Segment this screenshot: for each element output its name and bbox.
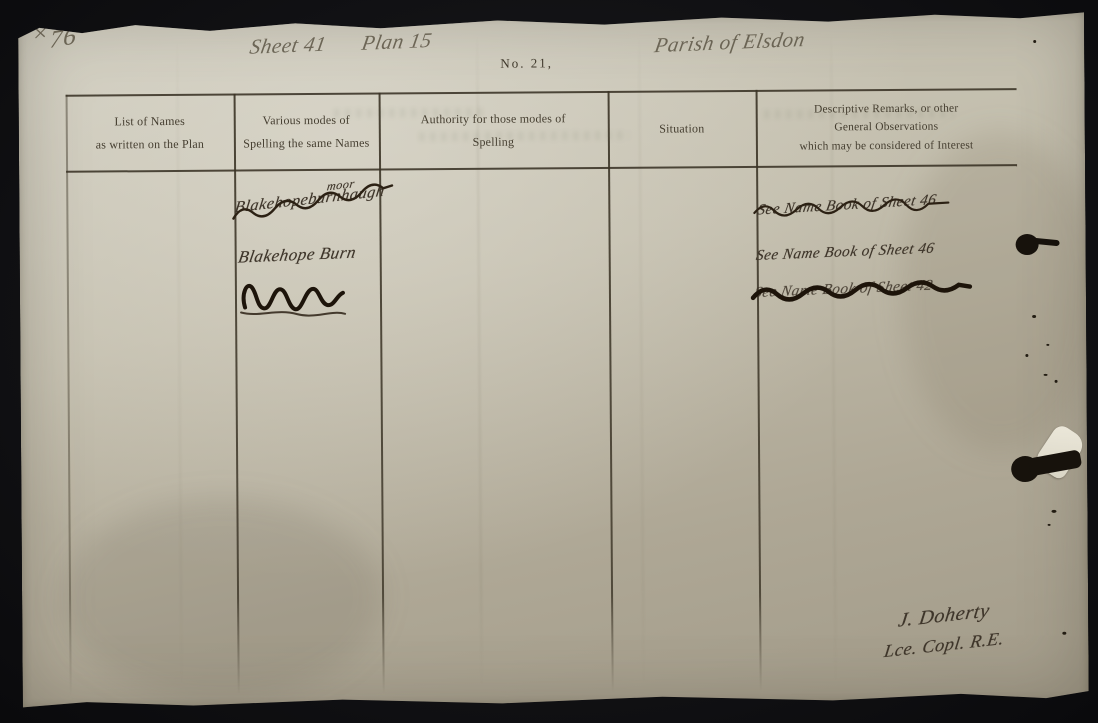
entry-spelling: Blakehope Burn [237, 243, 358, 268]
document-paper: × 76 Sheet 41 Plan 15 No. 21, Parish of … [18, 12, 1089, 708]
scanned-name-book-page: { "page": { "folio_mark": "×", "folio_nu… [0, 0, 1098, 723]
surveyor-rank: Lce. Copl. R.E. [883, 628, 1006, 662]
column-header-line: which may be considered of Interest [799, 136, 973, 156]
column-header-line: Various modes of [263, 108, 350, 132]
column-divider [756, 90, 762, 691]
column-header-line: Descriptive Remarks, or other [814, 99, 959, 119]
column-header-situation: Situation [608, 91, 757, 167]
illegible-struck-entry [237, 277, 349, 322]
parish-script: Parish of Elsdon [653, 27, 807, 58]
printed-page-number: No. 21, [500, 55, 553, 71]
column-header-line: Authority for those modes of [421, 107, 566, 131]
column-header-line: List of Names [114, 109, 185, 132]
column-header-spelling: Various modes of Spelling the same Names [234, 94, 380, 170]
folio-mark: × [31, 20, 51, 49]
paper-speck [1055, 380, 1058, 383]
column-header-line: Spelling [473, 130, 515, 153]
paper-speck [1033, 40, 1036, 43]
column-header-line: as written on the Plan [96, 132, 205, 156]
plan-number-script: Plan 15 [360, 28, 434, 56]
column-header-line: Situation [659, 117, 704, 140]
folio-number: 76 [49, 23, 78, 55]
column-header-line: Spelling the same Names [243, 131, 369, 155]
paper-speck [1046, 344, 1049, 346]
paper-speck [1062, 632, 1066, 635]
paper-speck [1044, 374, 1048, 376]
entry-remark-struck: See Name Book of Sheet 46 [756, 192, 938, 220]
entry-spelling-struck: Blakehopeburnhaugh [234, 183, 386, 217]
paper-speck [1048, 524, 1051, 526]
sheet-number-script: Sheet 41 [248, 32, 328, 60]
paper-stain [61, 497, 382, 699]
paper-speck [1032, 315, 1036, 318]
paper-speck [1025, 354, 1028, 357]
column-header-line: General Observations [834, 118, 938, 137]
paper-speck [1051, 510, 1056, 513]
column-header-names: List of Names as written on the Plan [66, 95, 235, 171]
surveyor-signature: J. Doherty [897, 600, 991, 633]
column-header-remarks: Descriptive Remarks, or other General Ob… [756, 89, 1018, 166]
column-header-authority: Authority for those modes of Spelling [379, 92, 609, 169]
column-divider [608, 91, 614, 692]
